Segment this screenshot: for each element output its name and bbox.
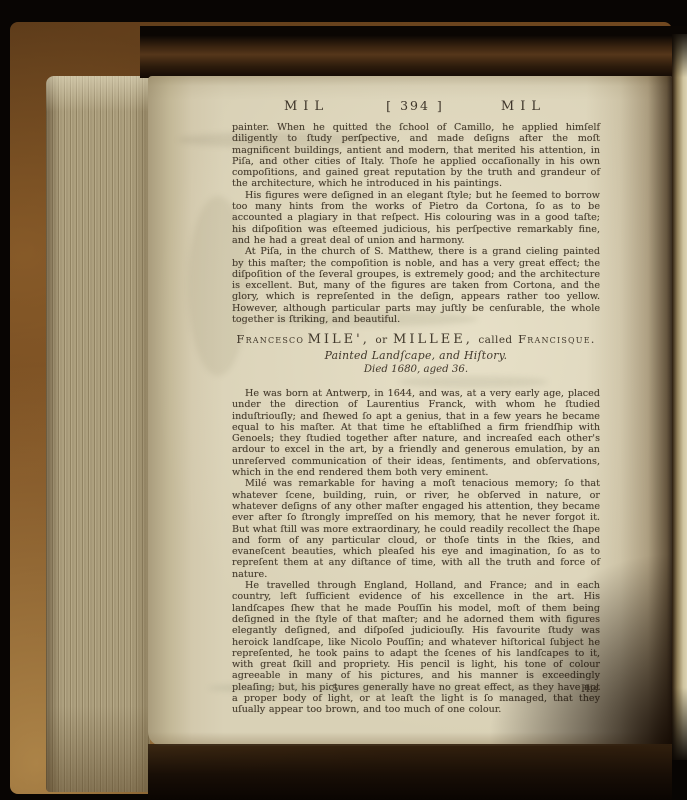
running-title-left: MIL bbox=[284, 99, 329, 114]
artist-first-name: Francesco bbox=[236, 332, 304, 346]
paragraph: His figures were deſigned in an elegant … bbox=[232, 190, 600, 246]
artist-byname: Francisque. bbox=[518, 332, 596, 346]
page-bottom-shadow bbox=[148, 744, 672, 800]
facing-page-edge bbox=[672, 34, 687, 760]
artist-surname: MILE', bbox=[308, 332, 370, 347]
paragraph: painter. When he quitted the ſchool of C… bbox=[232, 122, 600, 190]
paragraph: He was born at Antwerp, in 1644, and was… bbox=[232, 388, 600, 478]
page-fore-edges bbox=[46, 76, 150, 792]
corner-shadow bbox=[482, 546, 672, 746]
word-called: called bbox=[476, 334, 514, 346]
word-or: or bbox=[373, 334, 389, 346]
page-number: 394 bbox=[393, 98, 437, 113]
signature-mark: 5 bbox=[332, 684, 338, 695]
section-heading: Francesco MILE', or MILLEE, called Franc… bbox=[232, 332, 600, 377]
artist-name-line: Francesco MILE', or MILLEE, called Franc… bbox=[232, 332, 600, 348]
running-header: MIL [394] MIL bbox=[232, 98, 600, 114]
book-scan-photo: MIL [394] MIL painter. When he quitted t… bbox=[0, 0, 687, 800]
page-number-group: [394] bbox=[386, 98, 444, 113]
book-top-edge bbox=[140, 26, 687, 78]
book-page: MIL [394] MIL painter. When he quitted t… bbox=[148, 76, 672, 746]
previous-article-text: painter. When he quitted the ſchool of C… bbox=[232, 122, 600, 325]
artist-surname-variant: MILLEE, bbox=[393, 332, 473, 347]
death-date-line: Died 1680, aged 36. bbox=[232, 363, 600, 377]
paragraph: At Piſa, in the church of S. Matthew, th… bbox=[232, 246, 600, 325]
paper-stain bbox=[398, 376, 548, 388]
genre-subtitle: Painted Landſcape, and Hiſtory. bbox=[232, 348, 600, 363]
running-title-right: MIL bbox=[501, 99, 546, 114]
bracket-close: ] bbox=[437, 98, 444, 113]
